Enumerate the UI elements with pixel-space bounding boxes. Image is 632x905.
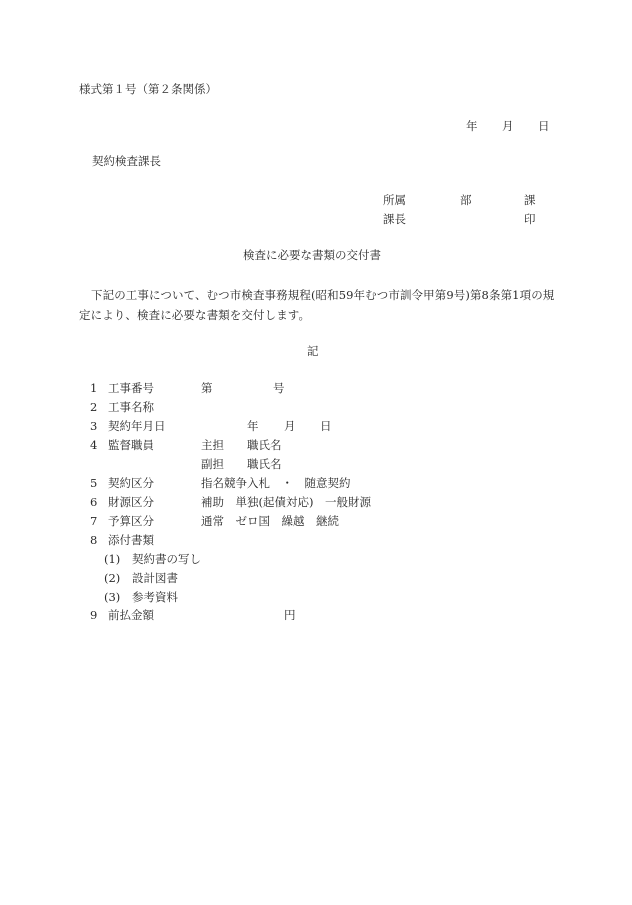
item-6-label: 財源区分 <box>108 495 154 509</box>
item-1-suffix: 号 <box>273 381 285 395</box>
item-4-primary-name: 職氏名 <box>247 438 282 452</box>
date-year: 年 <box>466 119 478 133</box>
item-3-day: 日 <box>320 419 332 433</box>
item-9-label: 前払金額 <box>108 608 154 622</box>
form-label: 様式第１号（第２条関係） <box>79 82 217 96</box>
item-1-prefix: 第 <box>201 381 213 395</box>
date-month: 月 <box>502 119 514 133</box>
item-3-label: 契約年月日 <box>108 419 166 433</box>
item-4-number: 4 <box>90 438 97 452</box>
item-3-year: 年 <box>247 419 259 433</box>
item-9-unit: 円 <box>284 608 296 622</box>
item-8-sub-2-number: (2) <box>104 571 120 585</box>
item-4-secondary-role: 副担 <box>201 457 224 471</box>
item-8-label: 添付書類 <box>108 533 154 547</box>
item-2-number: 2 <box>90 400 97 414</box>
item-9-number: 9 <box>90 608 97 622</box>
sender-chief-label: 課長 <box>383 212 406 226</box>
item-6-number: 6 <box>90 495 97 509</box>
document-title: 検査に必要な書類の交付書 <box>243 248 381 262</box>
item-3-number: 3 <box>90 419 97 433</box>
sender-affiliation-label: 所属 <box>383 193 406 207</box>
item-2-label: 工事名称 <box>108 400 154 414</box>
item-4-primary-role: 主担 <box>201 438 224 452</box>
item-8-sub-1-label: 契約書の写し <box>132 552 201 566</box>
sender-section: 課 <box>524 193 536 207</box>
item-7-number: 7 <box>90 514 97 528</box>
sender-seal: 印 <box>524 212 536 226</box>
item-4-label: 監督職員 <box>108 438 154 452</box>
item-5-label: 契約区分 <box>108 476 154 490</box>
ki-heading: 記 <box>307 344 319 358</box>
item-4-secondary-name: 職氏名 <box>247 457 282 471</box>
item-8-sub-3-label: 参考資料 <box>132 590 178 604</box>
item-8-sub-1-number: (1) <box>104 552 120 566</box>
item-7-value: 通常 ゼロ国 繰越 継続 <box>201 514 339 528</box>
body-text: 下記の工事について、むつ市検査事務規程(昭和59年むつ市訓令甲第9号)第8条第1… <box>79 285 559 325</box>
item-8-number: 8 <box>90 533 97 547</box>
item-7-label: 予算区分 <box>108 514 154 528</box>
item-8-sub-2-label: 設計図書 <box>132 571 178 585</box>
item-6-value: 補助 単独(起債対応) 一般財源 <box>201 495 371 509</box>
item-5-value: 指名競争入札 ・ 随意契約 <box>201 476 351 490</box>
item-1-number: 1 <box>90 381 97 395</box>
item-1-label: 工事番号 <box>108 381 154 395</box>
item-3-month: 月 <box>284 419 296 433</box>
date-day: 日 <box>538 119 550 133</box>
addressee: 契約検査課長 <box>92 154 161 168</box>
item-5-number: 5 <box>90 476 97 490</box>
item-8-sub-3-number: (3) <box>104 590 120 604</box>
sender-dept: 部 <box>460 193 472 207</box>
